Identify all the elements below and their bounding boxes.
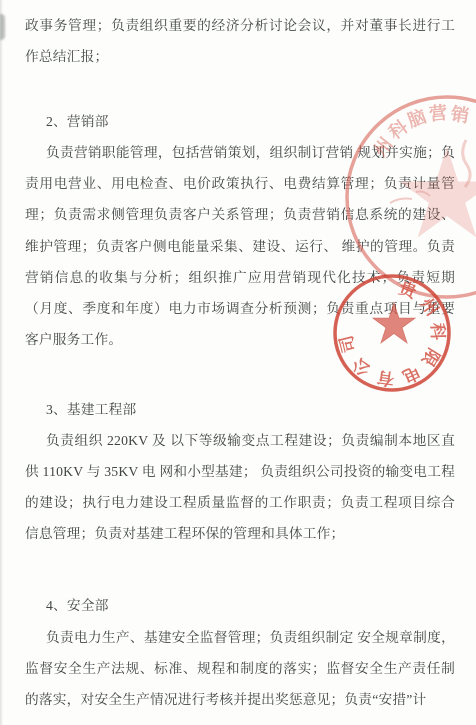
document-page: 政事务管理；负责组织重要的经济分析讨论会议，并对董事长进行工作总结汇报； 2、营… [0,0,476,725]
section-heading-marketing-dept: 2、营销部 [25,106,455,137]
paragraph-marketing-dept: 负责营销职能管理，包括营销策划，组织制订营销 规划并实施；负责用电营业、用电检查… [25,137,455,355]
section-heading-safety-dept: 4、安全部 [25,590,455,621]
paragraph-construction-dept: 负责组织 220KV 及 以下等级输变点工程建设；负责编制本地区直供 110KV… [25,425,455,549]
scan-edge-smudge [0,14,5,40]
document-text-block: 政事务管理；负责组织重要的经济分析讨论会议，并对董事长进行工作总结汇报； 2、营… [25,10,455,715]
paragraph-safety-dept: 负责电力生产、基建安全监督管理；负责组织制定 安全规章制度，监督安全生产法规、标… [25,622,455,715]
paragraph-admin-continuation: 政事务管理；负责组织重要的经济分析讨论会议，并对董事长进行工作总结汇报； [25,10,455,72]
section-heading-construction-dept: 3、基建工程部 [25,394,455,425]
scan-edge-shadow [0,0,3,725]
seal-ink-mark [463,140,470,187]
